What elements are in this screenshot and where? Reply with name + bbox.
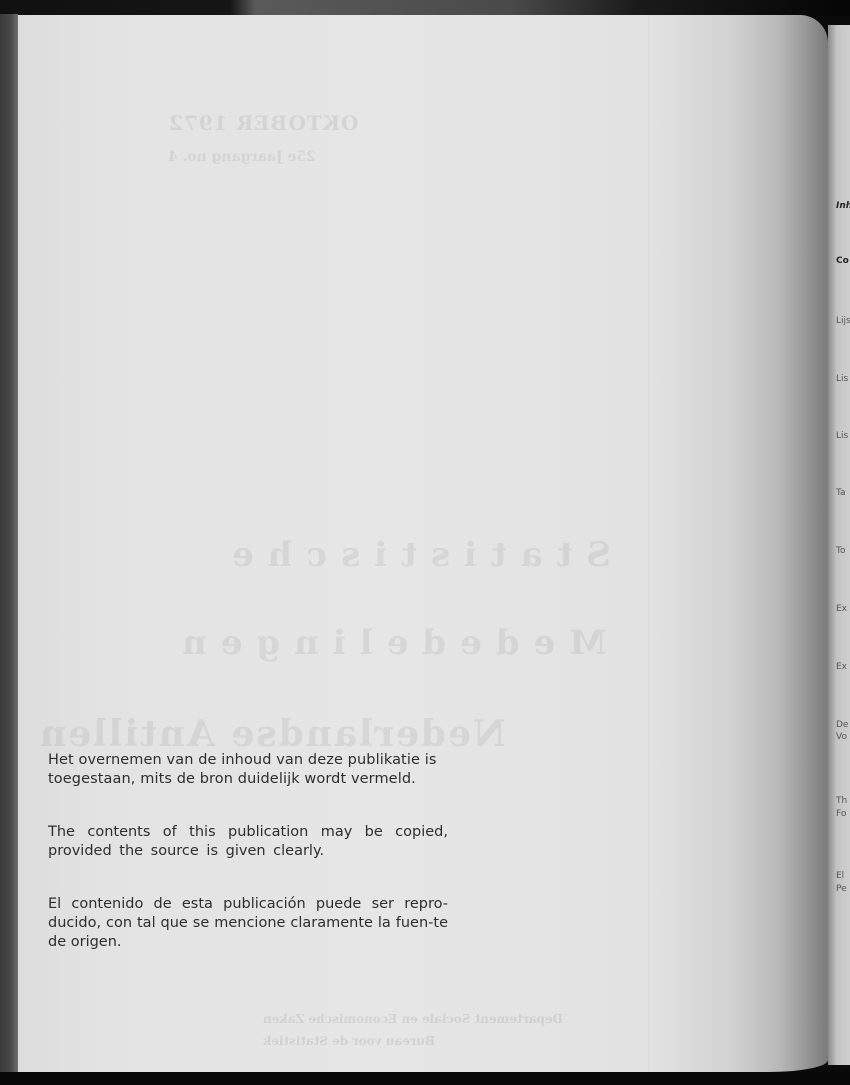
toc-fragment: Lijs: [836, 316, 850, 327]
toc-fragment: Inh: [836, 201, 850, 212]
scanner-background-bottom: [0, 1072, 850, 1085]
toc-fragment: Ex: [836, 604, 847, 615]
toc-fragment: To: [836, 546, 845, 557]
show-through-title-3: Nederlandse Antillen: [38, 713, 506, 755]
toc-fragment: Ex: [836, 662, 847, 673]
show-through-date: OKTOBER 1972: [168, 111, 359, 135]
page-fold-line: [648, 15, 649, 1072]
scanner-background-top: [0, 0, 850, 16]
toc-fragment: Lis: [836, 431, 848, 442]
toc-fragment: Fo: [836, 809, 846, 820]
toc-fragment: Pe: [836, 884, 847, 895]
show-through-department: Departement Sociale en Economische Zaken: [263, 1012, 563, 1026]
page-binding-edge: [0, 14, 18, 1072]
copyright-notice-english: The contents of this publication may be …: [48, 823, 448, 861]
show-through-title-2: Mededelingen: [168, 623, 607, 663]
toc-fragment: De: [836, 720, 848, 731]
toc-fragment: El: [836, 871, 844, 882]
toc-fragment: Th: [836, 796, 847, 807]
next-page-edge: Inh Co Lijs Lis Lis Ta To Ex Ex De Vo Th…: [828, 25, 850, 1065]
toc-fragment: Vo: [836, 732, 847, 743]
show-through-volume: 25e Jaargang no. 4: [168, 149, 316, 165]
copyright-notice-dutch: Het overnemen van de inhoud van deze pub…: [48, 751, 448, 789]
copyright-notice-spanish: El contenido de esta publicación puede s…: [48, 895, 448, 952]
show-through-title-1: Statistische: [218, 535, 611, 575]
show-through-bureau: Bureau voor de Statistiek: [263, 1034, 435, 1048]
document-page: OKTOBER 1972 25e Jaargang no. 4 Statisti…: [18, 15, 828, 1072]
toc-fragment: Ta: [836, 488, 846, 499]
toc-fragment: Lis: [836, 374, 848, 385]
toc-fragment: Co: [836, 256, 849, 267]
